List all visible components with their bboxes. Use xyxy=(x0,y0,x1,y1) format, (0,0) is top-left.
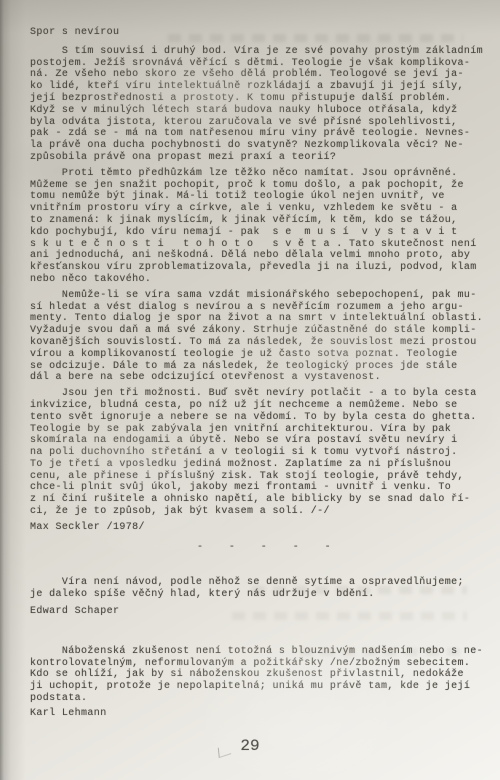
paragraph-3: Nemůže-li se víra sama vzdát misionářské… xyxy=(30,290,498,384)
author-attribution: Max Seckler /1978/ xyxy=(30,522,498,534)
quote-author-schaper: Edward Schaper xyxy=(30,606,498,618)
section-heading: Spor s nevírou xyxy=(30,27,498,39)
scanned-typewritten-page: { "document": { "heading": "Spor s nevír… xyxy=(0,0,500,780)
dash-separator: - - - - - xyxy=(30,542,498,554)
quote-text-schaper: Víra není návod, podle něhož se denně sy… xyxy=(30,577,498,601)
paragraph-2: Proti těmto předhůzkám lze těžko něco na… xyxy=(30,168,498,286)
quote-author-lehmann: Karl Lehmann xyxy=(30,708,498,720)
page-body: Spor s nevírou S tím souvisí i druhý bod… xyxy=(0,0,500,780)
paragraph-1: S tím souvisí i druhý bod. Víra je ze sv… xyxy=(30,46,498,164)
paragraph-4: Jsou jen tři možnosti. Buď svět nevíry p… xyxy=(30,388,498,518)
quote-text-lehmann: Náboženská zkušenost není totožná s blou… xyxy=(30,646,498,705)
page-number: 29 xyxy=(0,737,500,755)
